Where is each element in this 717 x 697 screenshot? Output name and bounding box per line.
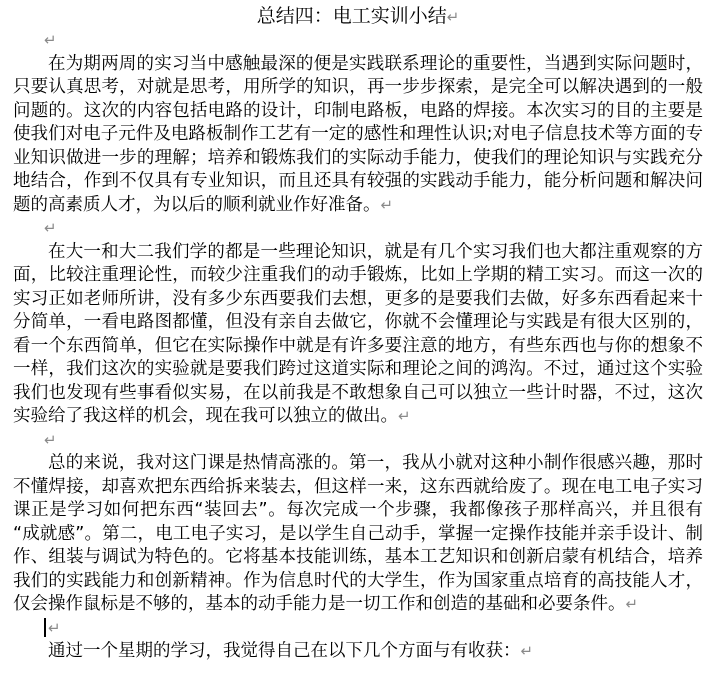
empty-paragraph[interactable]: ↵ (13, 429, 703, 453)
paragraph-1[interactable]: 在为期两周的实习当中感触最深的便是实践联系理论的重要性，当遇到实际问题时，只要认… (13, 53, 703, 218)
paragraph-3[interactable]: 总的来说，我对这门课是热情高涨的。第一，我从小就对这种小制作很感兴趣，那时不懂焊… (13, 452, 703, 617)
paragraph-mark-icon: ↵ (44, 431, 57, 449)
paragraph-mark-icon: ↵ (398, 407, 411, 425)
paragraph-2[interactable]: 在大一和大二我们学的都是一些理论知识，就是有几个实习我们也大都注重观察的方面，比… (13, 241, 703, 429)
document-title-line[interactable]: 总结四：电工实训小结↵ (13, 4, 703, 29)
paragraph-2-text: 在大一和大二我们学的都是一些理论知识，就是有几个实习我们也大都注重观察的方面，比… (13, 242, 703, 427)
empty-paragraph[interactable]: ↵ (13, 217, 703, 241)
paragraph-mark-icon: ↵ (626, 595, 639, 613)
paragraph-4-text: 通过一个星期的学习，我觉得自己在以下几个方面与有收获： (48, 641, 521, 661)
document-title-text: 总结四：电工实训小结 (257, 5, 447, 27)
document-edit-area[interactable]: 总结四：电工实训小结↵ ↵ 在为期两周的实习当中感触最深的便是实践联系理论的重要… (0, 0, 717, 697)
paragraph-mark-icon: ↵ (447, 8, 460, 26)
paragraph-3-text: 总的来说，我对这门课是热情高涨的。第一，我从小就对这种小制作很感兴趣，那时不懂焊… (13, 453, 703, 614)
paragraph-mark-icon: ↵ (521, 642, 534, 660)
empty-paragraph[interactable]: ↵ (13, 29, 703, 53)
paragraph-mark-icon: ↵ (381, 196, 394, 214)
paragraph-1-text: 在为期两周的实习当中感触最深的便是实践联系理论的重要性，当遇到实际问题时，只要认… (13, 54, 703, 215)
paragraph-4[interactable]: 通过一个星期的学习，我觉得自己在以下几个方面与有收获：↵ (13, 640, 703, 664)
paragraph-mark-icon: ↵ (44, 31, 57, 49)
empty-paragraph-with-cursor[interactable]: ↵ (13, 617, 703, 641)
paragraph-mark-icon: ↵ (44, 219, 57, 237)
text-cursor (44, 618, 46, 637)
paragraph-mark-icon: ↵ (48, 619, 61, 637)
